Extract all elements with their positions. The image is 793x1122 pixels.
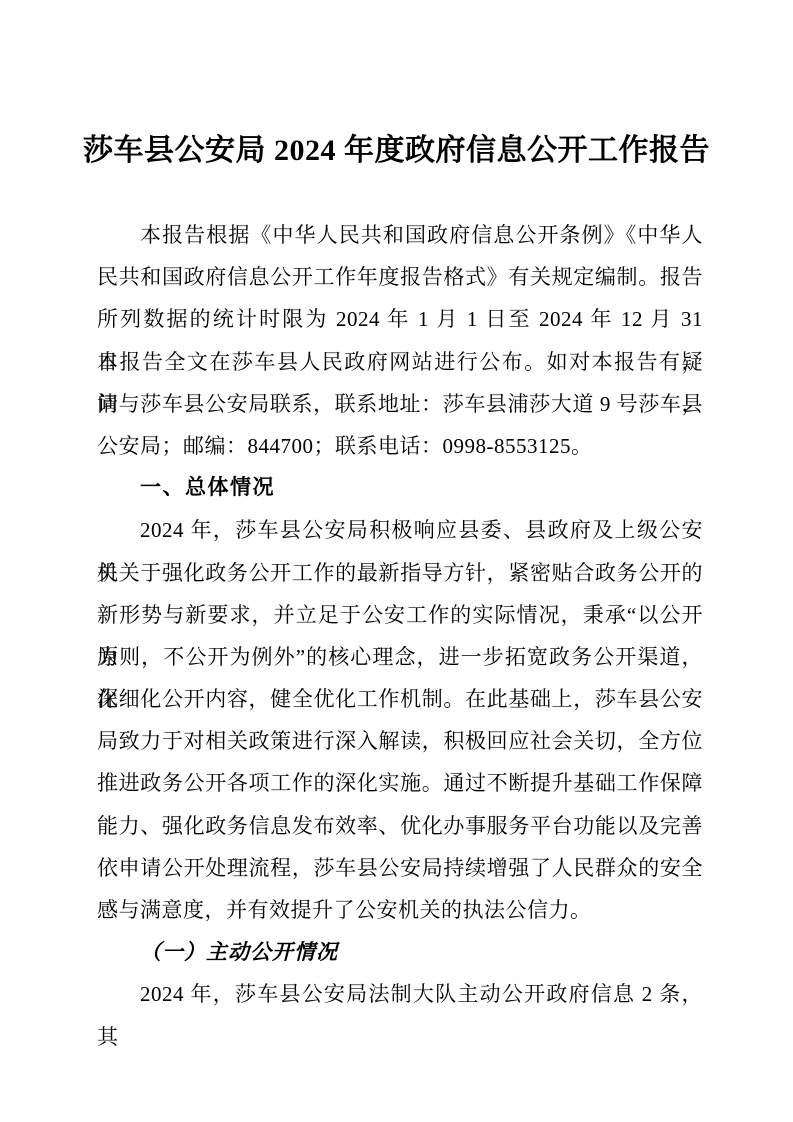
text-line: 依申请公开处理流程，莎车县公安局持续增强了人民群众的安全 bbox=[97, 847, 703, 889]
document-title: 莎车县公安局 2024 年度政府信息公开工作报告 bbox=[0, 129, 793, 173]
text-line: 感与满意度，并有效提升了公安机关的执法公信力。 bbox=[97, 889, 703, 931]
text-line: 能力、强化政务信息发布效率、优化办事服务平台功能以及完善 bbox=[97, 805, 703, 847]
text-line: 本报告根据《中华人民共和国政府信息公开条例》《中华人 bbox=[97, 214, 703, 256]
text-line: 所列数据的统计时限为 2024 年 1 月 1 日至 2024 年 12 月 3… bbox=[97, 298, 703, 340]
text-line: 2024 年，莎车县公安局法制大队主动公开政府信息 2 条，其 bbox=[97, 973, 703, 1015]
document-page: 莎车县公安局 2024 年度政府信息公开工作报告 本报告根据《中华人民共和国政府… bbox=[0, 0, 793, 1122]
text-line-contact-info: 公安局；邮编：844700；联系电话：0998-8553125。 bbox=[97, 425, 703, 467]
text-line: 2024 年，莎车县公安局积极响应县委、县政府及上级公安机 bbox=[97, 509, 703, 551]
text-line: 关关于强化政务公开工作的最新指导方针，紧密贴合政务公开的 bbox=[97, 552, 703, 594]
text-line: 原则，不公开为例外”的核心理念，进一步拓宽政务公开渠道，深 bbox=[97, 636, 703, 678]
text-line: 局致力于对相关政策进行深入解读，积极回应社会关切，全方位 bbox=[97, 720, 703, 762]
text-line: 民共和国政府信息公开工作年度报告格式》有关规定编制。报告 bbox=[97, 256, 703, 298]
text-line: 本报告全文在莎车县人民政府网站进行公布。如对本报告有疑问， bbox=[97, 341, 703, 383]
text-line: 请与莎车县公安局联系，联系地址：莎车县浦莎大道 9 号莎车县 bbox=[97, 383, 703, 425]
section-heading-proactive-disclosure: （一）主动公开情况 bbox=[97, 931, 703, 973]
document-body: 本报告根据《中华人民共和国政府信息公开条例》《中华人 民共和国政府信息公开工作年… bbox=[97, 214, 703, 1016]
text-line: 化细化公开内容，健全优化工作机制。在此基础上，莎车县公安 bbox=[97, 678, 703, 720]
section-heading-overall-situation: 一、总体情况 bbox=[97, 467, 703, 509]
text-line: 推进政务公开各项工作的深化实施。通过不断提升基础工作保障 bbox=[97, 762, 703, 804]
text-line: 新形势与新要求，并立足于公安工作的实际情况，秉承“以公开为 bbox=[97, 594, 703, 636]
